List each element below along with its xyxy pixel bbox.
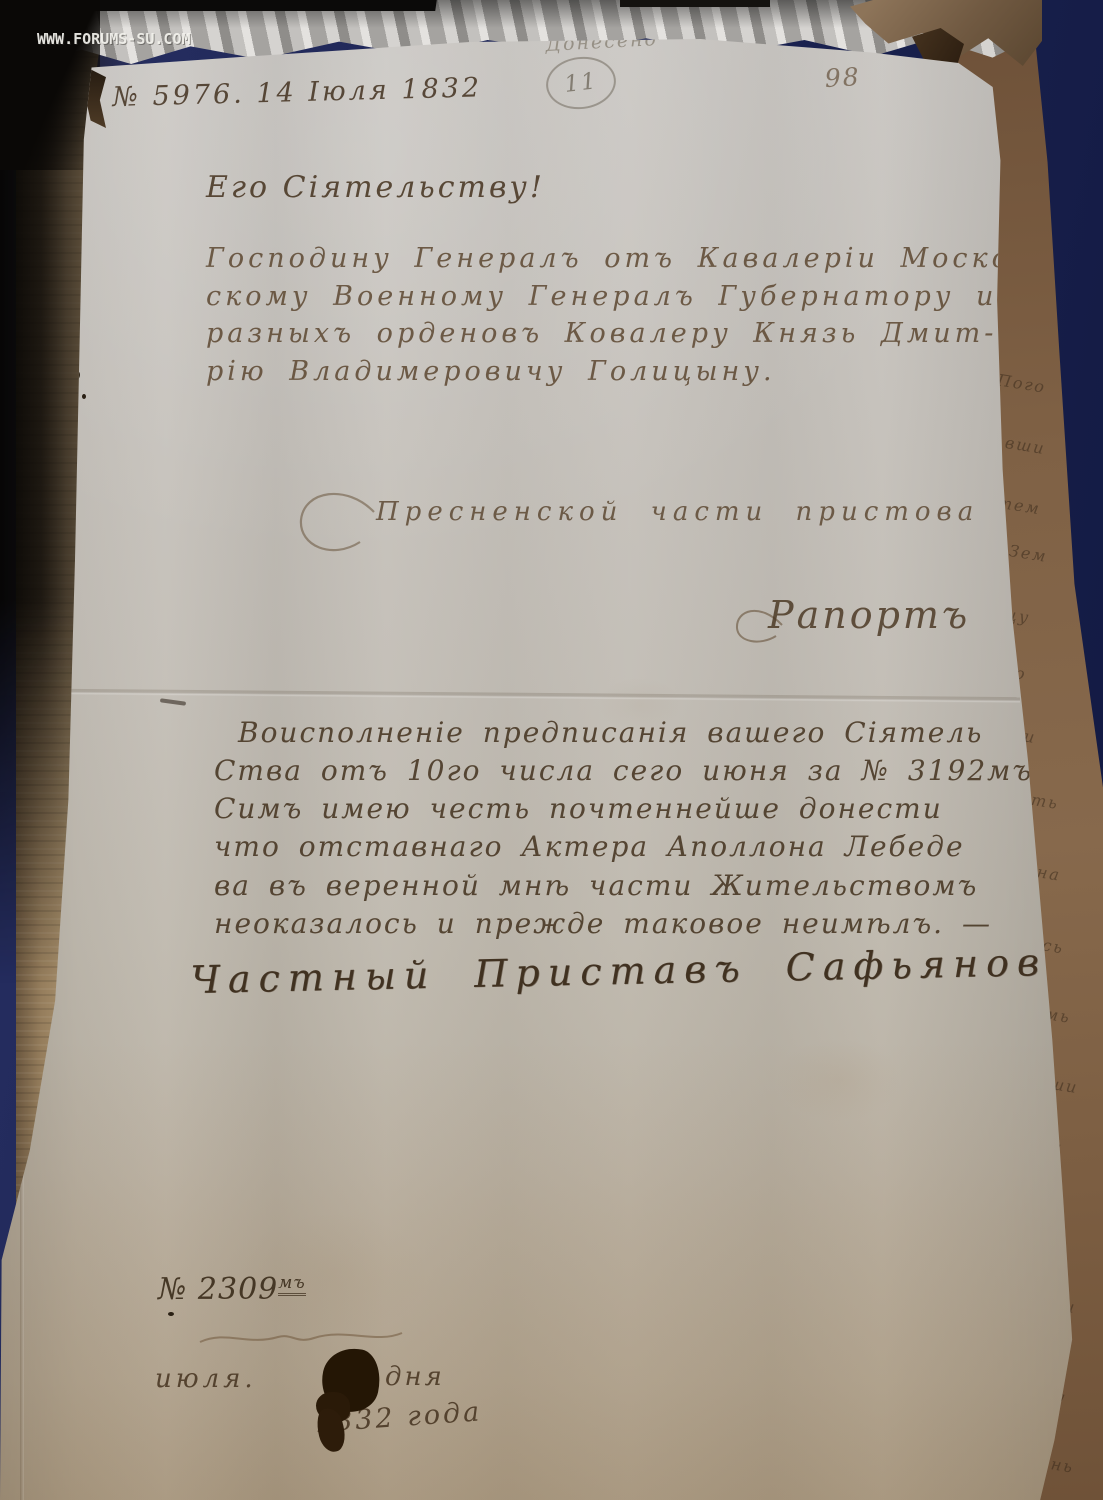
date-word: дня bbox=[385, 1362, 445, 1392]
address-line: скому Военному Генералъ Губернатору и bbox=[206, 281, 997, 312]
outgoing-number-suffix: мъ bbox=[278, 1273, 305, 1296]
salutation-line: Его Сіятельству! bbox=[206, 170, 545, 205]
outgoing-number-value: № 2309 bbox=[158, 1272, 278, 1307]
outgoing-number: № 2309мъ bbox=[158, 1272, 306, 1307]
verso-text-fragment: Пого bbox=[996, 370, 1048, 396]
verso-text-fragment: на bbox=[1036, 862, 1063, 885]
body-line: Воисполненіе предписанія вашего Сіятель bbox=[238, 716, 983, 749]
body-line: Ства отъ 10го числа сего июня за № 3192м… bbox=[214, 754, 1033, 787]
site-watermark: WWW.FORUMS-SU.COM bbox=[37, 30, 191, 48]
pen-flourish-underline bbox=[196, 1324, 406, 1354]
address-line: Господину Генералъ отъ Кавалеріи Москов- bbox=[206, 243, 1045, 274]
date-month: июля. bbox=[155, 1364, 257, 1394]
pen-flourish bbox=[292, 482, 382, 574]
verso-text-fragment: Зем bbox=[1008, 541, 1049, 566]
ink-sheet-number: 98 bbox=[824, 62, 861, 93]
body-line: ва въ веренной мнѣ части Жительствомъ bbox=[214, 869, 978, 902]
sender-line: Пресненской части пристова bbox=[376, 497, 979, 527]
top-dark-gap bbox=[620, 0, 770, 7]
body-line: Симъ имею честь почтеннейше донести bbox=[214, 792, 943, 825]
address-line: рію Владимеровичу Голицыну. bbox=[206, 356, 776, 387]
paper-speck bbox=[168, 1312, 174, 1316]
body-line: что отставнаго Актера Аполлона Лебеде bbox=[214, 830, 965, 863]
paper-hole bbox=[82, 394, 86, 399]
verso-text-fragment: нь bbox=[1050, 1454, 1076, 1476]
verso-text-fragment: вши bbox=[1004, 433, 1047, 458]
document-sheet: ив нотѣ 25 нему … справкѣ Донесено № 597… bbox=[0, 0, 1103, 1500]
address-line: разныхъ орденовъ Ковалеру Князь Дмит- bbox=[206, 318, 997, 349]
archival-document-photo: Пого вши тем Зем щу о ши ить на ась мь ш… bbox=[0, 0, 1103, 1500]
top-dark-gap bbox=[85, 0, 437, 11]
pencil-sheet-number: 11 bbox=[563, 68, 599, 98]
document-title: Рапортъ bbox=[768, 593, 970, 637]
body-line: неоказалось и прежде таковое неимѣлъ. — bbox=[214, 907, 992, 940]
